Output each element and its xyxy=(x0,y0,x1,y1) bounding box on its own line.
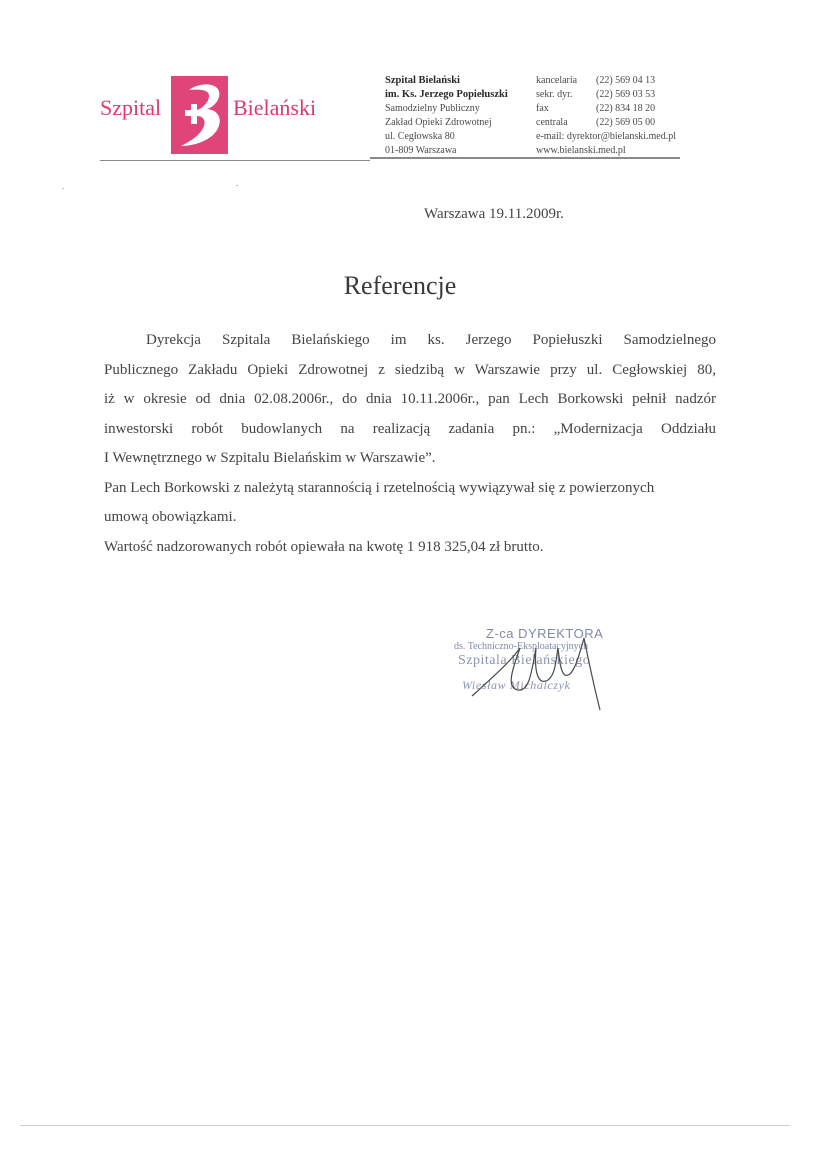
org-name: Szpital Bielański xyxy=(385,74,508,88)
org-type-line2: Zakład Opieki Zdrowotnej xyxy=(385,116,508,130)
body-line: iż w okresie od dnia 02.08.2006r., do dn… xyxy=(104,385,716,415)
contact-row: sekr. dyr. (22) 569 03 53 xyxy=(536,88,676,102)
contact-info: kancelaria (22) 569 04 13 sekr. dyr. (22… xyxy=(536,74,676,158)
website: www.bielanski.med.pl xyxy=(536,144,626,158)
letter-b-logo-icon xyxy=(171,76,228,154)
body-line: Dyrekcja Szpitala Bielańskiego im ks. Je… xyxy=(104,326,716,356)
body-line: Publicznego Zakładu Opieki Zdrowotnej z … xyxy=(104,356,716,386)
org-postal-city: 01-809 Warszawa xyxy=(385,144,508,158)
body-line: Wartość nadzorowanych robót opiewała na … xyxy=(104,533,716,563)
org-patron: im. Ks. Jerzego Popiełuszki xyxy=(385,88,508,102)
contact-value: (22) 569 03 53 xyxy=(596,88,655,102)
body-line: I Wewnętrznego w Szpitalu Bielańskim w W… xyxy=(104,444,716,474)
org-type-line1: Samodzielny Publiczny xyxy=(385,102,508,116)
contact-label: fax xyxy=(536,102,596,116)
letterhead-divider-left xyxy=(100,160,370,161)
body-line: umową obowiązkami. xyxy=(104,503,716,533)
letter-title: Referencje xyxy=(0,271,800,301)
contact-row: www.bielanski.med.pl xyxy=(536,144,676,158)
email-line: e-mail: dyrektor@bielanski.med.pl xyxy=(536,130,676,144)
contact-row: centrala (22) 569 05 00 xyxy=(536,116,676,130)
contact-label: kancelaria xyxy=(536,74,596,88)
footer-divider xyxy=(20,1125,790,1126)
contact-value: (22) 569 04 13 xyxy=(596,74,655,88)
body-line: inwestorski robót budowlanych na realiza… xyxy=(104,415,716,445)
logo-text-right: Bielański xyxy=(233,95,316,121)
letter-body: Dyrekcja Szpitala Bielańskiego im ks. Je… xyxy=(104,326,716,562)
contact-row: kancelaria (22) 569 04 13 xyxy=(536,74,676,88)
handwritten-signature-icon xyxy=(452,618,612,718)
org-street: ul. Cegłowska 80 xyxy=(385,130,508,144)
contact-label: sekr. dyr. xyxy=(536,88,596,102)
letter-date: Warszawa 19.11.2009r. xyxy=(424,206,564,223)
body-line: Pan Lech Borkowski z należytą starannośc… xyxy=(104,474,716,504)
scan-speck xyxy=(236,185,238,186)
organization-address: Szpital Bielański im. Ks. Jerzego Popieł… xyxy=(385,74,508,158)
letterhead: Szpital Bielański Szpital Bielański im. … xyxy=(0,0,826,170)
contact-row: fax (22) 834 18 20 xyxy=(536,102,676,116)
logo-text-left: Szpital xyxy=(100,95,161,121)
contact-label: centrala xyxy=(536,116,596,130)
contact-value: (22) 834 18 20 xyxy=(596,102,655,116)
contact-value: (22) 569 05 00 xyxy=(596,116,655,130)
scan-speck xyxy=(62,188,64,189)
contact-row: e-mail: dyrektor@bielanski.med.pl xyxy=(536,130,676,144)
